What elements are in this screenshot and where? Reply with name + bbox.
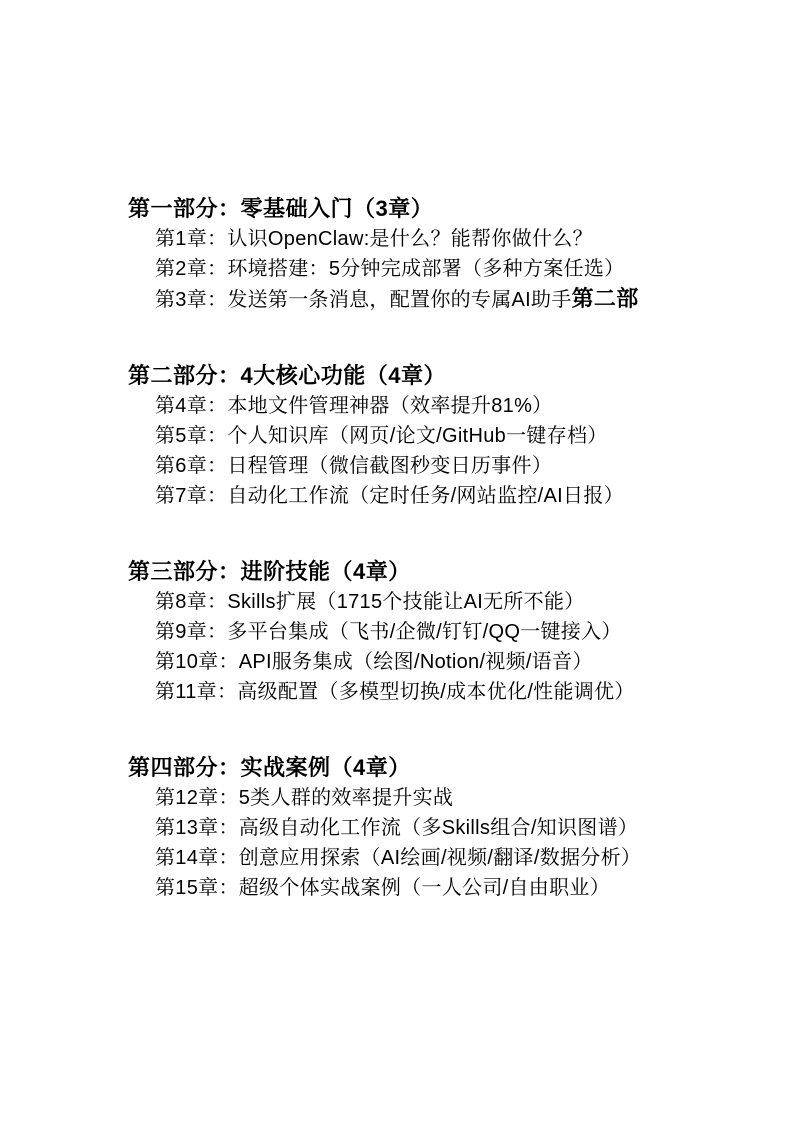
chapter-line-3: 第3章：发送第一条消息，配置你的专属AI助手第二部 xyxy=(128,284,749,315)
chapter-line-6: 第6章：日程管理（微信截图秒变日历事件） xyxy=(128,451,749,481)
document-page: 第一部分：零基础入门（3章） 第1章：认识OpenClaw:是什么？能帮你做什么… xyxy=(0,0,789,1122)
chapter-line-5: 第5章：个人知识库（网页/论文/GitHub一键存档） xyxy=(128,421,749,451)
section-heading-part2: 第二部分：4大核心功能（4章） xyxy=(128,361,749,391)
chapter-line-1: 第1章：认识OpenClaw:是什么？能帮你做什么？ xyxy=(128,224,749,254)
chapter-line-10: 第10章：API服务集成（绘图/Notion/视频/语音） xyxy=(128,647,749,677)
chapter-line-2: 第2章：环境搭建：5分钟完成部署（多种方案任选） xyxy=(128,254,749,284)
chapter-line-14: 第14章：创意应用探索（AI绘画/视频/翻译/数据分析） xyxy=(128,843,749,873)
chapter-text: 第9章：多平台集成（飞书/企微/钉钉/QQ一键接入） xyxy=(155,621,622,643)
chapter-text: 第6章：日程管理（微信截图秒变日历事件） xyxy=(155,455,552,477)
chapter-line-15: 第15章：超级个体实战案例（一人公司/自由职业） xyxy=(128,873,749,903)
chapter-text: 第12章：5类人群的效率提升实战 xyxy=(155,787,453,809)
chapter-text: 第8章：Skills扩展（1715个技能让AI无所不能） xyxy=(155,591,585,613)
section-heading-part3: 第三部分：进阶技能（4章） xyxy=(128,557,749,587)
toc-section-part3: 第三部分：进阶技能（4章） 第8章：Skills扩展（1715个技能让AI无所不… xyxy=(128,557,749,707)
chapter-text: 第14章：创意应用探索（AI绘画/视频/翻译/数据分析） xyxy=(155,847,641,869)
chapter-bold-suffix: 第二部 xyxy=(572,286,639,311)
chapter-text: 第4章：本地文件管理神器（效率提升81%） xyxy=(155,395,552,417)
chapter-line-9: 第9章：多平台集成（飞书/企微/钉钉/QQ一键接入） xyxy=(128,617,749,647)
toc-section-part1: 第一部分：零基础入门（3章） 第1章：认识OpenClaw:是什么？能帮你做什么… xyxy=(128,194,749,315)
chapter-text: 第2章：环境搭建：5分钟完成部署（多种方案任选） xyxy=(155,258,624,280)
chapter-text: 第13章：高级自动化工作流（多Skills组合/知识图谱） xyxy=(155,817,638,839)
chapter-text: 第10章：API服务集成（绘图/Notion/视频/语音） xyxy=(155,651,593,673)
chapter-line-7: 第7章：自动化工作流（定时任务/网站监控/AI日报） xyxy=(128,481,749,511)
toc-section-part2: 第二部分：4大核心功能（4章） 第4章：本地文件管理神器（效率提升81%） 第5… xyxy=(128,361,749,511)
chapter-line-11: 第11章：高级配置（多模型切换/成本优化/性能调优） xyxy=(128,677,749,707)
chapter-line-12: 第12章：5类人群的效率提升实战 xyxy=(128,783,749,813)
section-heading-part4: 第四部分：实战案例（4章） xyxy=(128,753,749,783)
chapter-text: 第5章：个人知识库（网页/论文/GitHub一键存档） xyxy=(155,425,608,447)
chapter-text: 第15章：超级个体实战案例（一人公司/自由职业） xyxy=(155,877,610,899)
chapter-text: 第11章：高级配置（多模型切换/成本优化/性能调优） xyxy=(155,681,635,703)
section-heading-part1: 第一部分：零基础入门（3章） xyxy=(128,194,749,224)
chapter-text: 第7章：自动化工作流（定时任务/网站监控/AI日报） xyxy=(155,485,624,507)
chapter-line-8: 第8章：Skills扩展（1715个技能让AI无所不能） xyxy=(128,587,749,617)
toc-content: 第一部分：零基础入门（3章） 第1章：认识OpenClaw:是什么？能帮你做什么… xyxy=(0,0,789,903)
toc-section-part4: 第四部分：实战案例（4章） 第12章：5类人群的效率提升实战 第13章：高级自动… xyxy=(128,753,749,903)
chapter-line-4: 第4章：本地文件管理神器（效率提升81%） xyxy=(128,391,749,421)
chapter-text: 第1章：认识OpenClaw:是什么？能帮你做什么？ xyxy=(155,228,593,250)
chapter-text: 第3章：发送第一条消息，配置你的专属AI助手 xyxy=(155,289,572,311)
chapter-line-13: 第13章：高级自动化工作流（多Skills组合/知识图谱） xyxy=(128,813,749,843)
